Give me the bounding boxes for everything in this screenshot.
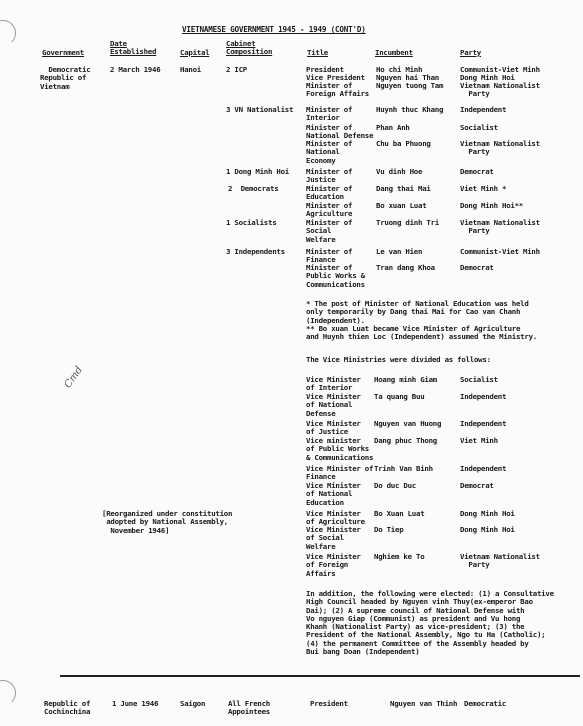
- header-incumbent: Incumbent: [375, 49, 413, 57]
- vice-minister-incumbent: Nguyen van Huong: [374, 420, 441, 428]
- header-date: Date Established: [110, 40, 156, 57]
- reorganized-note: [Reorganized under constitution adopted …: [102, 510, 232, 535]
- minister-incumbent: Dang thai Mai: [376, 185, 431, 193]
- footnotes: * The post of Minister of National Educa…: [306, 300, 537, 341]
- minister-party: Independent: [460, 106, 506, 114]
- vice-minister-incumbent: Nghiem ke To: [374, 553, 424, 561]
- minister-incumbent: Vu dinh Hoe: [376, 168, 422, 176]
- drv-capital: Hanoi: [180, 66, 201, 74]
- minister-incumbent: Tran dang Khoa: [376, 264, 435, 272]
- vice-minister-title: Vice minister of Public Works & Communic…: [306, 437, 373, 462]
- vice-minister-party: Dong Minh Hoi: [460, 510, 515, 518]
- coch-incumbent: Nguyen van Thinh: [390, 700, 457, 708]
- addition-paragraph: In addition, the following were elected:…: [306, 590, 554, 656]
- punch-hole-bottom: [0, 680, 16, 706]
- vice-minister-title: Vice Minister of Foreign Affairs: [306, 553, 361, 578]
- vice-minister-title: Vice Minister of Interior: [306, 376, 361, 393]
- minister-party: Democrat: [460, 168, 494, 176]
- vice-minister-incumbent: Ta quang Buu: [374, 393, 424, 401]
- minister-party: Viet Minh *: [460, 185, 506, 193]
- vice-minister-title: Vice Minister of National Education: [306, 482, 361, 507]
- vice-minister-party: Viet Minh: [460, 437, 498, 445]
- drv-government: Democratic Republic of Vietnam: [40, 66, 90, 91]
- cabinet-item: 1 Socialists: [226, 219, 276, 227]
- vice-minister-party: Independent: [460, 465, 506, 473]
- vice-minister-incumbent: Bo Xuan Luat: [374, 510, 424, 518]
- minister-title: Minister of Public Works & Communication…: [306, 264, 365, 289]
- header-capital: Capital: [180, 49, 209, 57]
- drv-date: 2 March 1946: [110, 66, 160, 74]
- coch-title: President: [310, 700, 348, 708]
- vice-minister-incumbent: Do Tiep: [374, 526, 403, 534]
- coch-cabinet: All French Appointees: [228, 700, 270, 717]
- vice-minister-title: Vice Minister of Finance: [306, 465, 373, 482]
- minister-incumbent: Truong dinh Tri: [376, 219, 439, 227]
- vice-minister-party: Independent: [460, 393, 506, 401]
- vice-minister-title: Vice Minister of Social Welfare: [306, 526, 361, 551]
- minister-incumbent: Phan Anh: [376, 124, 410, 132]
- minister-title: Minister of Interior: [306, 106, 352, 123]
- minister-party: Democrat: [460, 264, 494, 272]
- header-government: Government: [42, 49, 84, 57]
- vice-minister-incumbent: Dang phuc Thong: [374, 437, 437, 445]
- minister-incumbent: Bo xuan Luat: [376, 202, 426, 210]
- header-party: Party: [460, 49, 481, 57]
- cabinet-item: 2 Democrats: [228, 185, 278, 193]
- minister-title: Minister of Foreign Affairs: [306, 82, 369, 99]
- vice-minister-party: Democrat: [460, 482, 494, 490]
- coch-capital: Saigon: [180, 700, 205, 708]
- minister-incumbent: Nguyen tuong Tam: [376, 82, 443, 90]
- vice-minister-incumbent: Hoang minh Giam: [374, 376, 437, 384]
- coch-government: Republic of Cochinchina: [44, 700, 90, 717]
- minister-title: Minister of Social Welfare: [306, 219, 352, 244]
- header-title: Title: [307, 49, 328, 57]
- cabinet-item: 2 ICP: [226, 66, 247, 74]
- vice-minister-party: Vietnam Nationalist Party: [460, 553, 540, 570]
- punch-hole-top: [0, 20, 16, 46]
- section-divider: [60, 675, 580, 677]
- coch-date: 1 June 1946: [112, 700, 158, 708]
- minister-party: Dong Minh Hoi**: [460, 202, 523, 210]
- minister-incumbent: Huynh thuc Khang: [376, 106, 443, 114]
- vice-intro: The Vice Ministries were divided as foll…: [306, 356, 491, 364]
- minister-incumbent: Chu ba Phuong: [376, 140, 431, 148]
- header-cabinet: Cabinet Composition: [226, 40, 272, 57]
- vice-minister-title: Vice Minister of Justice: [306, 420, 361, 437]
- minister-party: Vietnam Nationalist Party: [460, 219, 540, 236]
- minister-party: Vietnam Nationalist Party: [460, 140, 540, 157]
- vice-minister-incumbent: Trinh Van Binh: [374, 465, 433, 473]
- cabinet-item: 1 Dong Minh Hoi: [226, 168, 289, 176]
- minister-party: Vietnam Nationalist Party: [460, 82, 540, 99]
- vice-minister-incumbent: Do duc Duc: [374, 482, 416, 490]
- vice-minister-title: Vice Minister of National Defense: [306, 393, 361, 418]
- margin-scribble: Cmd: [63, 365, 86, 391]
- minister-title: Minister of Justice: [306, 168, 352, 185]
- cabinet-item: 3 Independents: [226, 248, 285, 256]
- vice-minister-party: Socialist: [460, 376, 498, 384]
- minister-title: Minister of Education: [306, 185, 352, 202]
- cabinet-item: 3 VN Nationalist: [226, 106, 293, 114]
- minister-party: Socialist: [460, 124, 498, 132]
- minister-party: Communist-Viet Minh: [460, 248, 540, 256]
- vice-minister-party: Dong Minh Hoi: [460, 526, 515, 534]
- minister-title: Minister of National Economy: [306, 140, 352, 165]
- coch-party: Democratic: [464, 700, 506, 708]
- vice-minister-party: Independent: [460, 420, 506, 428]
- minister-incumbent: Le van Hien: [376, 248, 422, 256]
- document-title: VIETNAMESE GOVERNMENT 1945 - 1949 (CONT'…: [182, 25, 366, 34]
- minister-title: Minister of Agriculture: [306, 202, 352, 219]
